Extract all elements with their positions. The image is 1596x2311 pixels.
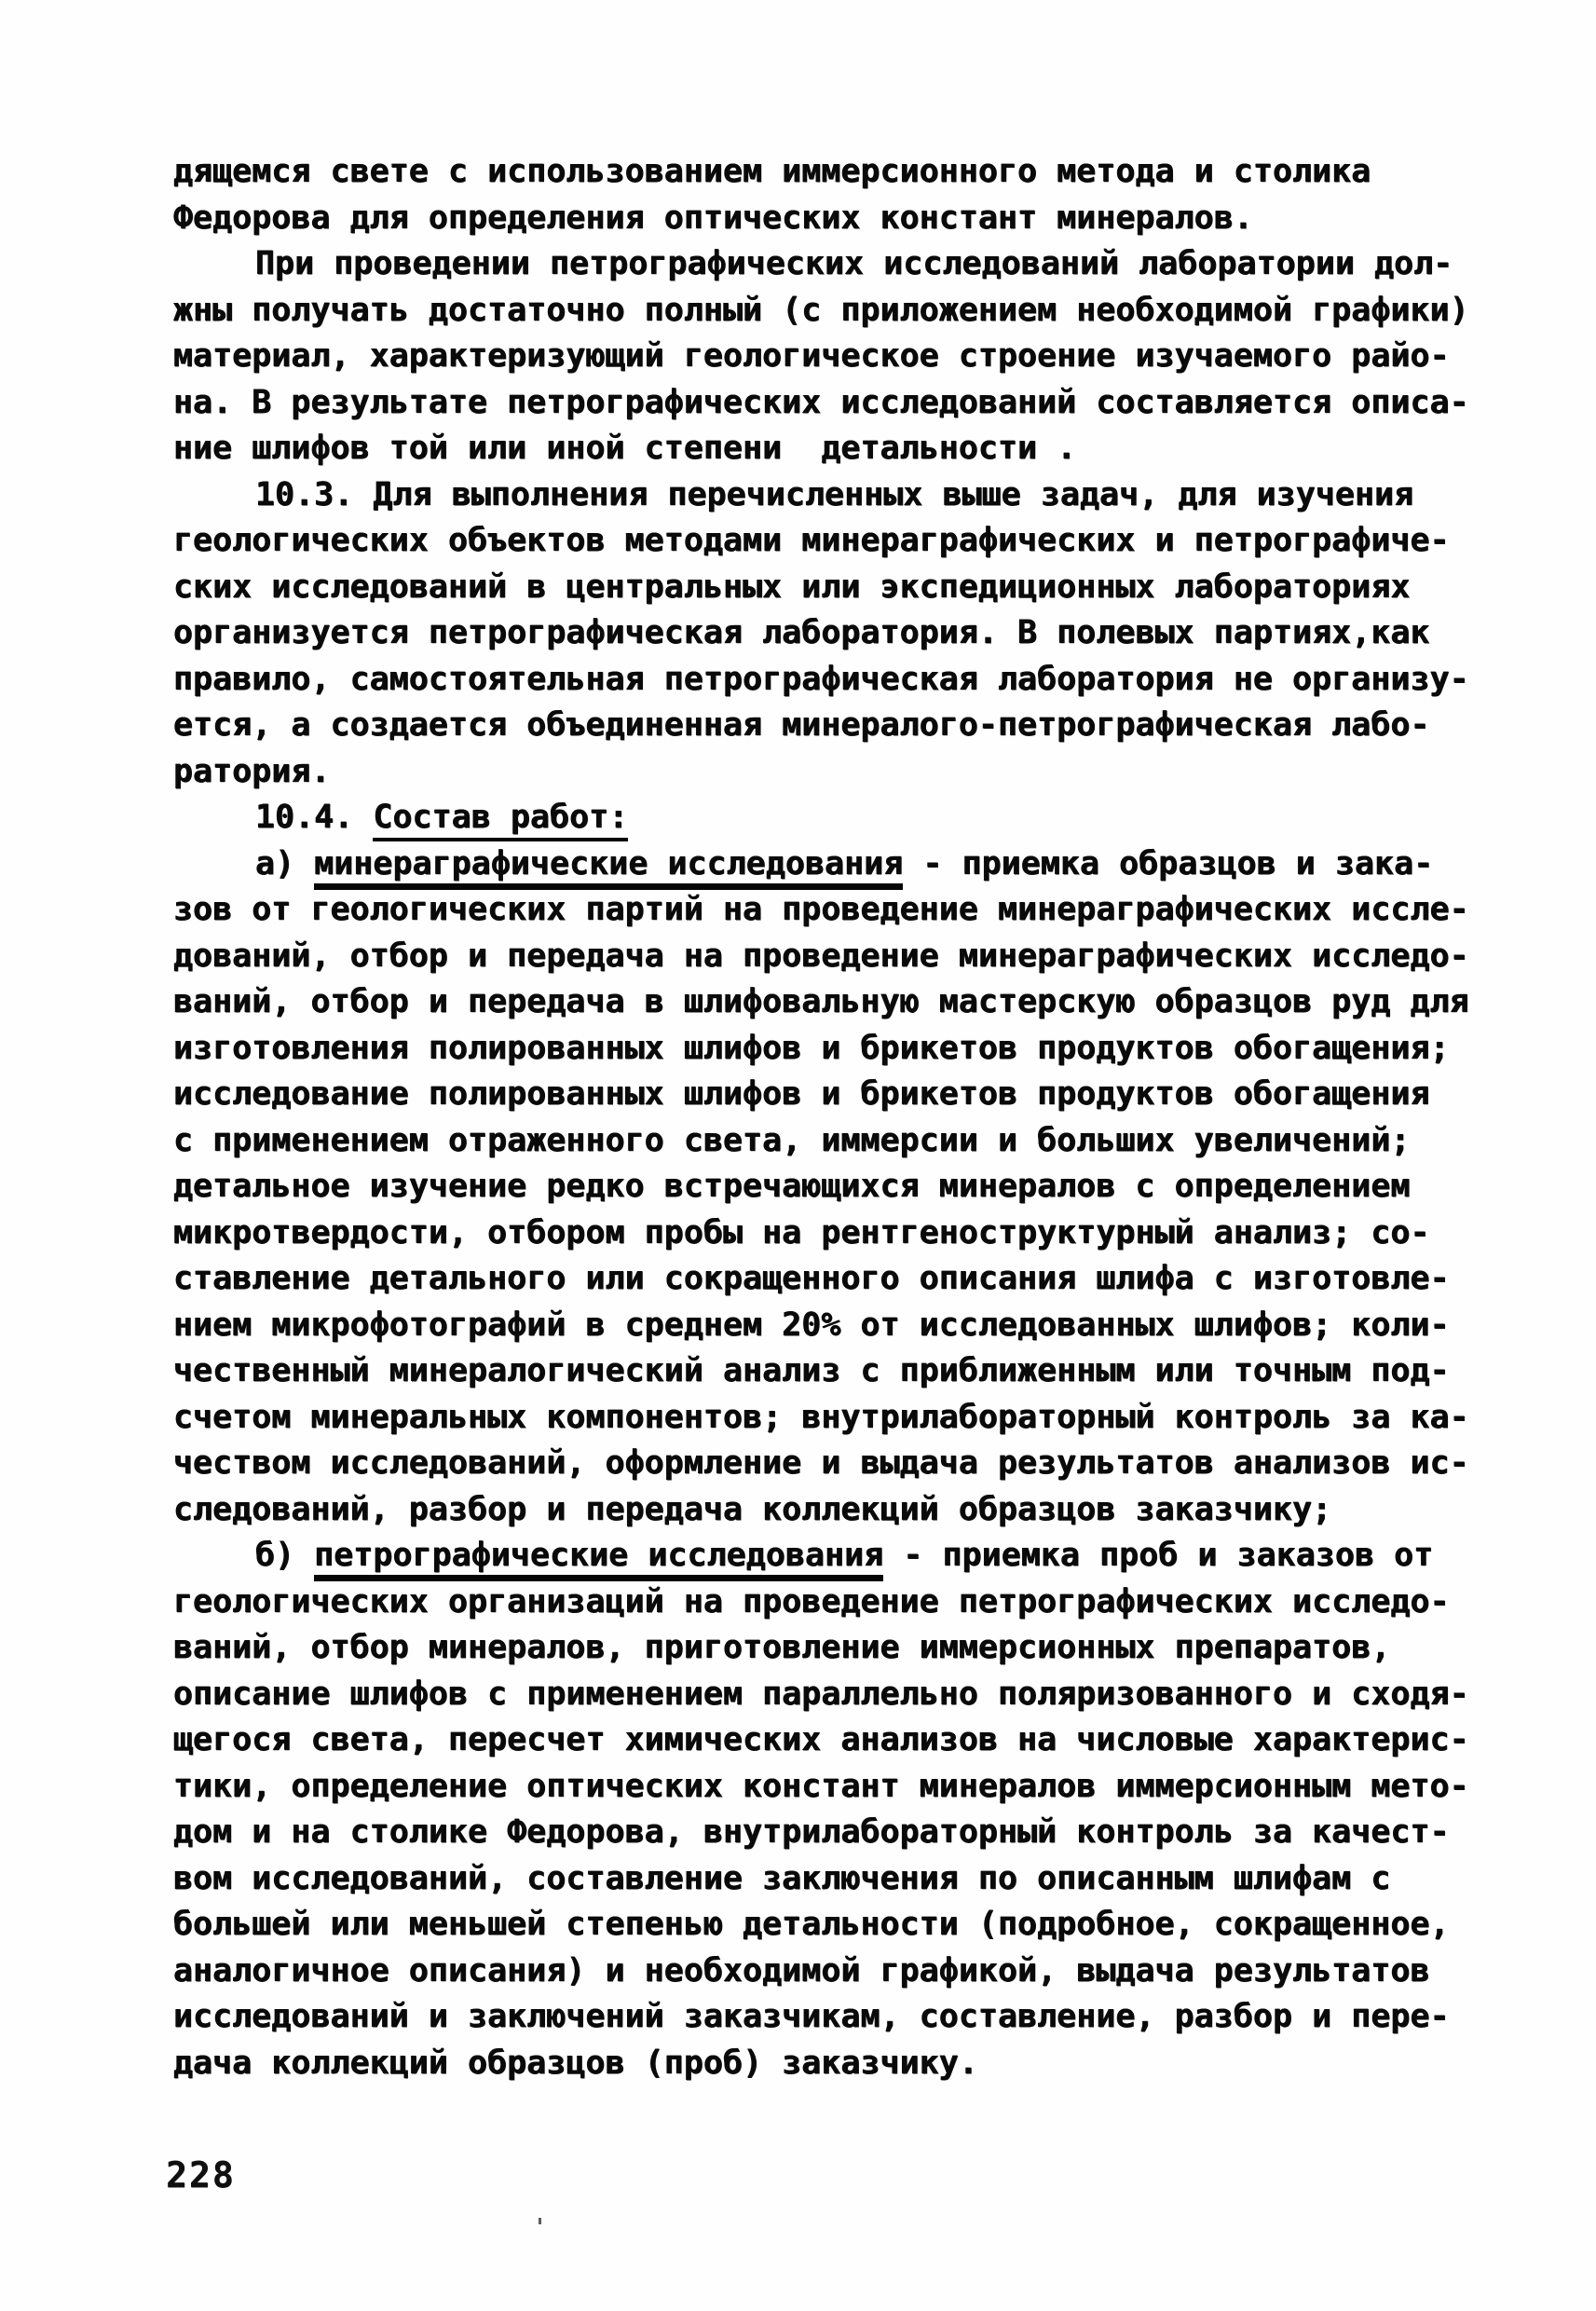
text-segment: аналогичное описания) и необходимой граф… <box>173 1952 1430 1990</box>
text-segment: 10.4. <box>255 799 373 836</box>
text-line: аналогичное описания) и необходимой граф… <box>173 1949 1515 1995</box>
page-number: 228 <box>166 2154 236 2195</box>
text-segment: - приемка образцов и зака- <box>903 845 1433 882</box>
text-segment: ваний, отбор и передача в шлифовальную м… <box>173 983 1469 1020</box>
text-line: материал, характеризующий геологическое … <box>173 334 1515 380</box>
text-segment: б) <box>255 1537 314 1574</box>
text-segment: детальное изучение редко встречающихся м… <box>173 1168 1411 1205</box>
text-line: ние шлифов той или иной степени детально… <box>173 426 1515 472</box>
text-segment: ется, а создается объединенная минералог… <box>173 706 1430 744</box>
text-segment: большей или меньшей степенью детальности… <box>173 1906 1450 1943</box>
text-segment: геологических объектов методами минерагр… <box>173 522 1450 559</box>
text-line: исследование полированных шлифов и брике… <box>173 1072 1515 1118</box>
scan-speck <box>539 2218 541 2224</box>
text-segment: дящемся свете с использованием иммерсион… <box>173 153 1371 190</box>
text-segment: с применением отраженного света, иммерси… <box>173 1122 1411 1159</box>
text-line: большей или меньшей степенью детальности… <box>173 1902 1515 1949</box>
text-segment: геологических организаций на проведение … <box>173 1583 1450 1620</box>
text-line: чественный минералогический анализ с при… <box>173 1348 1515 1395</box>
text-segment: чеством исследований, оформление и выдач… <box>173 1444 1469 1482</box>
text-line: При проведении петрографических исследов… <box>173 241 1515 288</box>
text-line: геологических организаций на проведение … <box>173 1579 1515 1626</box>
text-line: геологических объектов методами минерагр… <box>173 518 1515 565</box>
text-line: ваний, отбор минералов, приготовление им… <box>173 1625 1515 1672</box>
text-segment: организуется петрографическая лаборатори… <box>173 614 1430 651</box>
text-line: организуется петрографическая лаборатори… <box>173 610 1515 657</box>
text-segment: ставление детального или сокращенного оп… <box>173 1260 1450 1297</box>
text-line: на. В результате петрографических исслед… <box>173 380 1515 427</box>
text-segment: микротвердости, отбором пробы на рентген… <box>173 1214 1430 1251</box>
text-line: 10.4. Состав работ: <box>173 795 1515 841</box>
text-line: щегося света, пересчет химических анализ… <box>173 1717 1515 1764</box>
text-segment: щегося света, пересчет химических анализ… <box>173 1721 1469 1758</box>
text-segment: счетом минеральных компонентов; внутрила… <box>173 1399 1469 1436</box>
text-line: ратория. <box>173 749 1515 796</box>
text-line: исследований и заключений заказчикам, со… <box>173 1994 1515 2041</box>
text-segment: на. В результате петрографических исслед… <box>173 384 1469 421</box>
text-line: счетом минеральных компонентов; внутрила… <box>173 1395 1515 1442</box>
text-line: а) минераграфические исследования - прие… <box>173 841 1515 888</box>
text-line: с применением отраженного света, иммерси… <box>173 1118 1515 1165</box>
underlined-text: минераграфические исследования <box>314 845 903 890</box>
text-segment: - приемка проб и заказов от <box>883 1537 1433 1574</box>
text-segment: а) <box>255 845 314 882</box>
text-line: правило, самостоятельная петрографическа… <box>173 657 1515 704</box>
text-line: дящемся свете с использованием иммерсион… <box>173 149 1515 196</box>
text-segment: нием микрофотографий в среднем 20% от ис… <box>173 1306 1450 1344</box>
text-line: чеством исследований, оформление и выдач… <box>173 1441 1515 1487</box>
text-segment: описание шлифов с применением параллельн… <box>173 1675 1469 1713</box>
text-segment: чественный минералогический анализ с при… <box>173 1352 1450 1389</box>
text-line: дований, отбор и передача на проведение … <box>173 934 1515 980</box>
text-segment: ских исследований в центральных или эксп… <box>173 568 1411 606</box>
underlined-text: Состав работ: <box>373 799 628 841</box>
text-segment: Федорова для определения оптических конс… <box>173 199 1253 237</box>
text-segment: жны получать достаточно полный (с прилож… <box>173 292 1469 329</box>
text-segment: материал, характеризующий геологическое … <box>173 337 1450 375</box>
text-line: дача коллекций образцов (проб) заказчику… <box>173 2041 1515 2087</box>
text-line: изготовления полированных шлифов и брике… <box>173 1026 1515 1073</box>
text-line: ских исследований в центральных или эксп… <box>173 565 1515 611</box>
text-segment: следований, разбор и передача коллекций … <box>173 1491 1331 1528</box>
text-segment: исследований и заключений заказчикам, со… <box>173 1998 1450 2035</box>
text-line: описание шлифов с применением параллельн… <box>173 1672 1515 1718</box>
text-segment: дом и на столике Федорова, внутрилаборат… <box>173 1813 1450 1851</box>
text-line: тики, определение оптических констант ми… <box>173 1764 1515 1811</box>
text-segment: дований, отбор и передача на проведение … <box>173 937 1469 975</box>
text-line: зов от геологических партий на проведени… <box>173 887 1515 934</box>
text-line: микротвердости, отбором пробы на рентген… <box>173 1210 1515 1257</box>
text-line: ется, а создается объединенная минералог… <box>173 703 1515 749</box>
text-segment: вом исследований, составление заключения… <box>173 1860 1390 1897</box>
scanned-document-page: дящемся свете с использованием иммерсион… <box>0 0 1596 2311</box>
text-line: Федорова для определения оптических конс… <box>173 196 1515 242</box>
underlined-text: петрографические исследования <box>314 1537 883 1581</box>
text-segment: 10.3. Для выполнения перечисленных выше … <box>255 476 1413 513</box>
text-segment: изготовления полированных шлифов и брике… <box>173 1030 1450 1067</box>
text-line: ставление детального или сокращенного оп… <box>173 1256 1515 1303</box>
text-segment: ратория. <box>173 753 331 790</box>
text-line: следований, разбор и передача коллекций … <box>173 1487 1515 1534</box>
text-line: 10.3. Для выполнения перечисленных выше … <box>173 472 1515 519</box>
text-line: вом исследований, составление заключения… <box>173 1856 1515 1903</box>
text-line: нием микрофотографий в среднем 20% от ис… <box>173 1303 1515 1349</box>
text-segment: исследование полированных шлифов и брике… <box>173 1075 1430 1113</box>
text-segment: зов от геологических партий на проведени… <box>173 891 1469 928</box>
text-block: дящемся свете с использованием иммерсион… <box>173 149 1515 2086</box>
text-segment: тики, определение оптических констант ми… <box>173 1768 1469 1805</box>
text-line: жны получать достаточно полный (с прилож… <box>173 288 1515 335</box>
text-segment: дача коллекций образцов (проб) заказчику… <box>173 2044 978 2082</box>
text-segment: ваний, отбор минералов, приготовление им… <box>173 1629 1390 1666</box>
text-segment: ние шлифов той или иной степени детально… <box>173 430 1076 467</box>
text-line: б) петрографические исследования - прием… <box>173 1533 1515 1579</box>
text-segment: правило, самостоятельная петрографическа… <box>173 661 1469 698</box>
text-line: ваний, отбор и передача в шлифовальную м… <box>173 979 1515 1026</box>
text-line: дом и на столике Федорова, внутрилаборат… <box>173 1810 1515 1856</box>
text-line: детальное изучение редко встречающихся м… <box>173 1164 1515 1210</box>
text-segment: При проведении петрографических исследов… <box>255 245 1453 282</box>
